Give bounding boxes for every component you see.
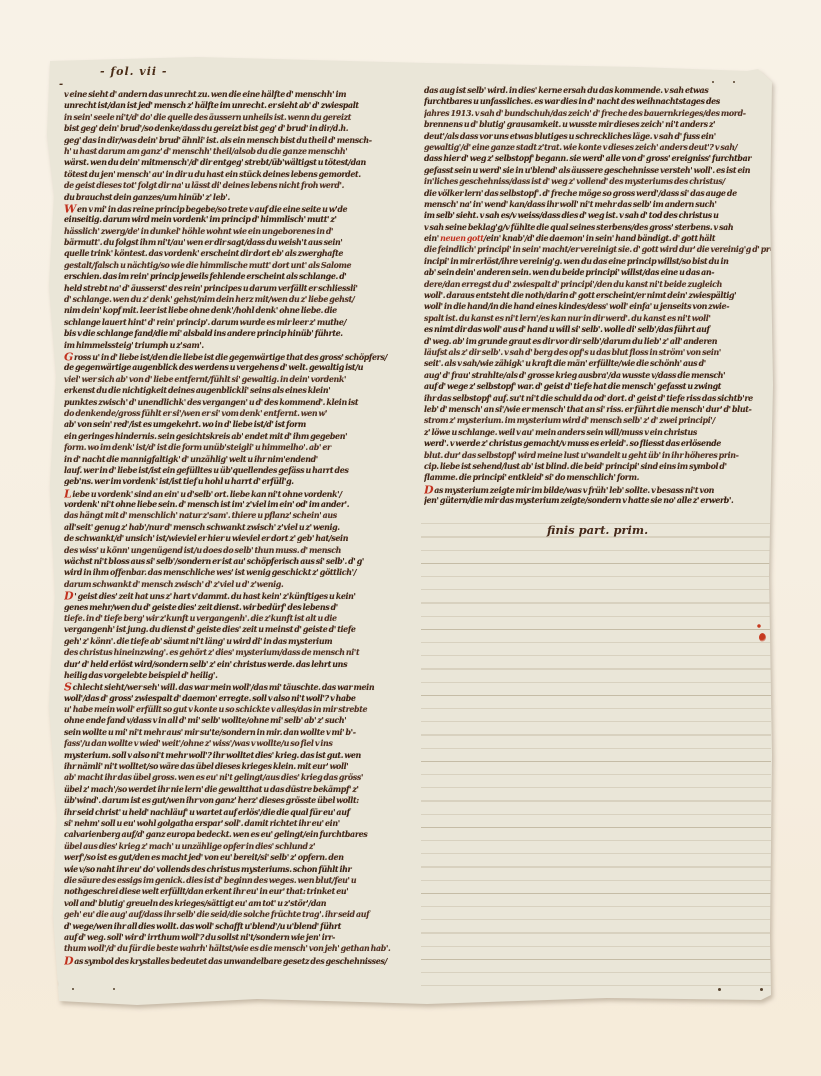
- margin-mark: -: [59, 79, 63, 90]
- manuscript-line: ihr das selbstopf' auf. su't ni't die sc…: [424, 393, 771, 404]
- manuscript-line: all'seit' genug z' hab'/nur d' mensch sc…: [64, 522, 404, 533]
- paragraph: Gross u' in d' liebe ist/den die liebe i…: [64, 351, 404, 488]
- manuscript-line: in sein' seele ni't/d' do' die quelle de…: [64, 112, 404, 123]
- rust-stain: [50, 962, 54, 967]
- ink-stain: [760, 988, 763, 991]
- manuscript-line: gewaltig'/d' eine ganze stadt z'trat. wi…: [424, 142, 771, 153]
- manuscript-line: du brauchst dein ganzes/um hinüb' z' leb…: [64, 192, 404, 203]
- manuscript-line: Wen v mi' in das reine princip begebe/so…: [64, 203, 404, 214]
- manuscript-line: auf d' wege z' selbstopf' war. d' geist …: [424, 381, 771, 392]
- manuscript-line: ein geringes hindernis. sein gesichtskre…: [64, 431, 404, 442]
- manuscript-line: geg' das in dir/was dein' brud' ähnli' i…: [64, 135, 404, 146]
- manuscript-line: gestalt/falsch u nächtig/so wie die himm…: [64, 260, 404, 271]
- manuscript-line: leb' d' mensch' an si'/wie er mensch' th…: [424, 404, 771, 415]
- manuscript-line: brennens u d' blutig' grausamkeit. u wus…: [424, 119, 771, 130]
- manuscript-line: geb'ns. wer im vordenk' ist/ist tief u h…: [64, 476, 404, 487]
- manuscript-line: üb'wind'. darum ist es gut/wen ihr von g…: [64, 795, 404, 806]
- ink-stain: [733, 81, 735, 83]
- manuscript-line: genes mehr/wen du d' geiste dies' zeit d…: [64, 602, 404, 613]
- manuscript-line: woll'. daraus entsteht die noth/darin d'…: [424, 290, 771, 301]
- manuscript-line: wird in ihm offenbar. das menschliche we…: [64, 567, 404, 578]
- paragraph: das aug ist selb' wird. in dies' kerne e…: [424, 85, 771, 484]
- manuscript-line: im selb' sieht. v sah es/v weiss/dass di…: [424, 210, 771, 221]
- rubric-initial: S: [64, 682, 72, 693]
- manuscript-line: aug' d' frau' strahlte/als d' grosse kri…: [424, 370, 771, 381]
- manuscript-line: in d' nacht die mannigfaltigk' d' unzähl…: [64, 454, 404, 465]
- manuscript-line: ihr seid christ' u held' nachläuf' u war…: [64, 807, 404, 818]
- rubric-initial: W: [64, 203, 76, 214]
- manuscript-line: hässlich' zwerg/de' in dunkel' höhle woh…: [64, 226, 404, 237]
- manuscript-line: vergangenh' ist jung. du dienst d' geist…: [64, 624, 404, 635]
- manuscript-line: schlange lauert hint' d' rein' princip'.…: [64, 317, 404, 328]
- manuscript-line: wächst ni't bloss aus si' selb'/sondern …: [64, 556, 404, 567]
- manuscript-line: ab' sein dein' anderen sein. wen du beid…: [424, 267, 771, 278]
- manuscript-line: fass'/u dan wollte v wied' weit'/ohne z'…: [64, 738, 404, 749]
- manuscript-line: übel aus dies' krieg z' mach' u unzählig…: [64, 841, 404, 852]
- manuscript-line: läufst als z' dir selb'. v sah d' berg d…: [424, 347, 771, 358]
- right-text-column: das aug ist selb' wird. in dies' kerne e…: [424, 85, 771, 506]
- manuscript-line: Schlecht sieht/wer seh' will. das war me…: [64, 681, 404, 692]
- manuscript-line: d' schlange. wen du z' denk' gehst/nim d…: [64, 294, 404, 305]
- manuscript-line: held strebt na' d' äusserst' des rein' p…: [64, 283, 404, 294]
- manuscript-line: woll'/das d' gross' zwiespalt d' daemon'…: [64, 693, 404, 704]
- manuscript-line: bis v die schlange fand/die mi' alsbald …: [64, 328, 404, 339]
- manuscript-line: D' geist dies' zeit hat uns z' hart v'da…: [64, 590, 404, 601]
- manuscript-line: erschien. das im rein' princip jeweils f…: [64, 271, 404, 282]
- manuscript-line: de schwankt/d' unsich' ist/wieviel er hi…: [64, 533, 404, 544]
- rust-stain: [52, 981, 57, 987]
- manuscript-line: des christus hineinzwing'. es gehört z' …: [64, 647, 404, 658]
- manuscript-line: ihr nämli' ni't wolltet/so wäre das übel…: [64, 761, 404, 772]
- paragraph: Wen v mi' in das reine princip begebe/so…: [64, 203, 404, 351]
- manuscript-line: nothgeschrei diese welt erfüllt/dan erke…: [64, 886, 404, 897]
- paragraph: Das symbol des krystalles bedeutet das u…: [64, 955, 404, 966]
- paragraph: Liebe u vordenk' sind an ein' u d'selb' …: [64, 488, 404, 591]
- manuscript-line: d' wege/wen ihr all dies wollt. das woll…: [64, 921, 404, 932]
- manuscript-line: ohne ende fand v/dass v in all d' mi' se…: [64, 715, 404, 726]
- manuscript-line: furchtbares u unfassliches. es war dies …: [424, 96, 771, 107]
- manuscript-line: bärmutt'. du folgst ihm ni't/au' wen er …: [64, 237, 404, 248]
- manuscript-line: gefasst sein u werd' sie in u'blend' als…: [424, 165, 771, 176]
- manuscript-line: flamme. die principi' entkleid' si' do m…: [424, 472, 771, 483]
- manuscript-line: die völker lern' das selbstopf'. d' frec…: [424, 188, 771, 199]
- manuscript-line: Das mysterium zeigte mir im bilde/was v …: [424, 484, 771, 495]
- manuscript-line: Gross u' in d' liebe ist/den die liebe i…: [64, 351, 404, 362]
- manuscript-line: ab' macht ihr das übel gross. wen es eu'…: [64, 772, 404, 783]
- manuscript-page: - fol. vii - - v eine sieht d' andern da…: [47, 55, 773, 1005]
- manuscript-line: d' weg. ab' im grunde graut es dir vor d…: [424, 336, 771, 347]
- manuscript-line: h' u hast darum am ganz' d' menschh' the…: [64, 146, 404, 157]
- manuscript-line: u' habe mein woll' erfüllt so gut v kont…: [64, 704, 404, 715]
- folio-label: - fol. vii -: [100, 65, 167, 78]
- manuscript-line: das aug ist selb' wird. in dies' kerne e…: [424, 85, 771, 96]
- manuscript-line: dere/dan erregst du d' zwiespalt d' prin…: [424, 279, 771, 290]
- manuscript-line: v eine sieht d' andern das unrecht zu. w…: [64, 89, 404, 100]
- manuscript-line: quelle trink' köntest. das vordenk' ersc…: [64, 248, 404, 259]
- manuscript-line: v sah seine beklag'g/v fühlte die qual s…: [424, 222, 771, 233]
- manuscript-line: incipi' in mir erlöst/ihre vereinig'g. w…: [424, 256, 771, 267]
- manuscript-line: blut. dur' das selbstopf' wird meine lus…: [424, 450, 771, 461]
- rubric-word: neuen gott: [440, 234, 483, 243]
- manuscript-line: nim dein' kopf mit. leer ist liebe ohne …: [64, 305, 404, 316]
- manuscript-line: lauf. wer in d' liebe ist/ist ein gefüll…: [64, 465, 404, 476]
- paragraph: Das mysterium zeigte mir im bilde/was v …: [424, 484, 771, 507]
- manuscript-line: calvarienberg auf/d' ganz europa bedeckt…: [64, 829, 404, 840]
- manuscript-line: das hängt mit d' menschlich' natur z'sam…: [64, 510, 404, 521]
- parchment-surface: - fol. vii - - v eine sieht d' andern da…: [47, 55, 773, 1005]
- manuscript-line: punktes zwisch' d' unendlichk' des verga…: [64, 397, 404, 408]
- left-text-column: v eine sieht d' andern das unrecht zu. w…: [64, 89, 404, 966]
- manuscript-line: erkenst du die nichtigkeit deines augenb…: [64, 385, 404, 396]
- manuscript-line: werf'/so ist es gut/den es macht jed' vo…: [64, 852, 404, 863]
- paragraph: v eine sieht d' andern das unrecht zu. w…: [64, 89, 404, 203]
- manuscript-line: mysterium. soll v also ni't mehr woll'? …: [64, 750, 404, 761]
- blank-ruled-lines: [421, 511, 771, 986]
- finis-label: finis part. prim.: [547, 523, 648, 537]
- manuscript-line: viel' wer sich ab' von d' liebe entfernt…: [64, 374, 404, 385]
- photo-mat: - fol. vii - - v eine sieht d' andern da…: [0, 0, 821, 1076]
- manuscript-line: si' nehm' soll u eu' wohl golgatha erspa…: [64, 818, 404, 829]
- manuscript-line: strom z' mysterium. im mysterium wird d'…: [424, 415, 771, 426]
- rubric-initial: D: [64, 955, 73, 966]
- rubric-initial: L: [64, 488, 71, 499]
- manuscript-line: de gegenwärtige augenblick des werdens u…: [64, 362, 404, 373]
- manuscript-line: es nimt dir das woll' aus d' hand u will…: [424, 324, 771, 335]
- manuscript-line: wie v/so naht ihr eu' do' vollends des c…: [64, 864, 404, 875]
- manuscript-line: bist geg' dein' brud'/so denke/dass du g…: [64, 123, 404, 134]
- manuscript-line: voll and' blutig' greueln des krieges/sä…: [64, 898, 404, 909]
- manuscript-line: unrecht ist/dan ist jed' mensch z' hälft…: [64, 100, 404, 111]
- manuscript-line: jen' gütern/die mir das mysterium zeigte…: [424, 495, 771, 506]
- manuscript-line: form. wo im denk' ist/d' ist die form un…: [64, 442, 404, 453]
- red-ink-spot: [759, 633, 766, 642]
- manuscript-line: jahres 1913. v sah d' bundschuh/das zeic…: [424, 108, 771, 119]
- manuscript-line: do denkende/gross fühlt er si'/wen er si…: [64, 408, 404, 419]
- manuscript-line: die feindlich' principi' in sein' macht/…: [424, 244, 771, 255]
- manuscript-line: übel z' mach'/so werdet ihr nie lern' di…: [64, 784, 404, 795]
- manuscript-line: die säure des essigs im genick. dies ist…: [64, 875, 404, 886]
- manuscript-line: mensch' na' in' wend' kan/dass ihr woll'…: [424, 199, 771, 210]
- manuscript-line: sein wollte u mi' ni't mehr aus' mir su'…: [64, 727, 404, 738]
- manuscript-line: auf d' weg. soll' wir d' irrthum woll'? …: [64, 932, 404, 943]
- manuscript-line: werd'. v werde z' christus gemacht/v mus…: [424, 438, 771, 449]
- manuscript-line: in'liches geschehniss/dass ist d' weg z'…: [424, 176, 771, 187]
- manuscript-line: geh' z' könn'. die tiefe ab' säumt ni't …: [64, 636, 404, 647]
- manuscript-line: cip. liebe ist sehend/lust ab' ist blind…: [424, 461, 771, 472]
- paragraph: Schlecht sieht/wer seh' will. das war me…: [64, 681, 404, 954]
- manuscript-line: deut'/als dass vor uns etwas blutiges u …: [424, 131, 771, 142]
- ink-stain: [113, 988, 115, 990]
- rubric-initial: G: [64, 351, 73, 362]
- manuscript-line: de geist dieses tot' folgt dir na' u läs…: [64, 180, 404, 191]
- ink-stain: [718, 988, 721, 991]
- manuscript-line: im himmelssteig' triumph u z'sam'.: [64, 340, 404, 351]
- ink-stain: [72, 988, 74, 990]
- manuscript-line: wärst. wen du dein' mitmensch'/d' dir en…: [64, 157, 404, 168]
- rust-stain: [48, 941, 53, 948]
- manuscript-line: dur' d' held erlöst wird/sondern selb' z…: [64, 659, 404, 670]
- manuscript-line: seit'. als v sah/wie zähigk' u kraft die…: [424, 358, 771, 369]
- manuscript-line: geh' eu' die aug' auf/dass ihr selb' die…: [64, 909, 404, 920]
- manuscript-line: thum woll'/d' du für die beste wahrh' hä…: [64, 943, 404, 954]
- manuscript-line: darum schwankt d' mensch zwisch' d' z'vi…: [64, 579, 404, 590]
- manuscript-line: ein' neuen gott/ein' knab'/d' die daemon…: [424, 233, 771, 244]
- red-ink-spot: [757, 624, 761, 628]
- manuscript-line: dass hier d' weg z' selbstopf' begann. s…: [424, 153, 771, 164]
- manuscript-line: tiefe. in d' tiefe berg' wir z'kunft u v…: [64, 613, 404, 624]
- paragraph: D' geist dies' zeit hat uns z' hart v'da…: [64, 590, 404, 681]
- manuscript-line: woll' in die hand/in die hand eines kind…: [424, 301, 771, 312]
- manuscript-line: einseitig. darum wird mein vordenk' im p…: [64, 214, 404, 225]
- manuscript-line: spalt ist. du kanst es ni't lern'/es kan…: [424, 313, 771, 324]
- rubric-initial: D: [64, 591, 73, 602]
- manuscript-line: Liebe u vordenk' sind an ein' u d'selb' …: [64, 488, 404, 499]
- manuscript-line: Das symbol des krystalles bedeutet das u…: [64, 955, 404, 966]
- rubric-initial: D: [424, 484, 433, 495]
- manuscript-line: heilig das vorgelebte beispiel d' heilig…: [64, 670, 404, 681]
- manuscript-line: vordenk' ni't ohne liebe sein. d' mensch…: [64, 499, 404, 510]
- ink-stain: [712, 81, 714, 83]
- manuscript-line: des wiss' u könn' ungenügend ist/u does …: [64, 545, 404, 556]
- manuscript-line: ab' von sein' red'/ist es umgekehrt. wo …: [64, 419, 404, 430]
- manuscript-line: tötest du jen' mensch' au' in dir u du h…: [64, 169, 404, 180]
- manuscript-line: z' löwe u schlange. weil v au' mein ande…: [424, 427, 771, 438]
